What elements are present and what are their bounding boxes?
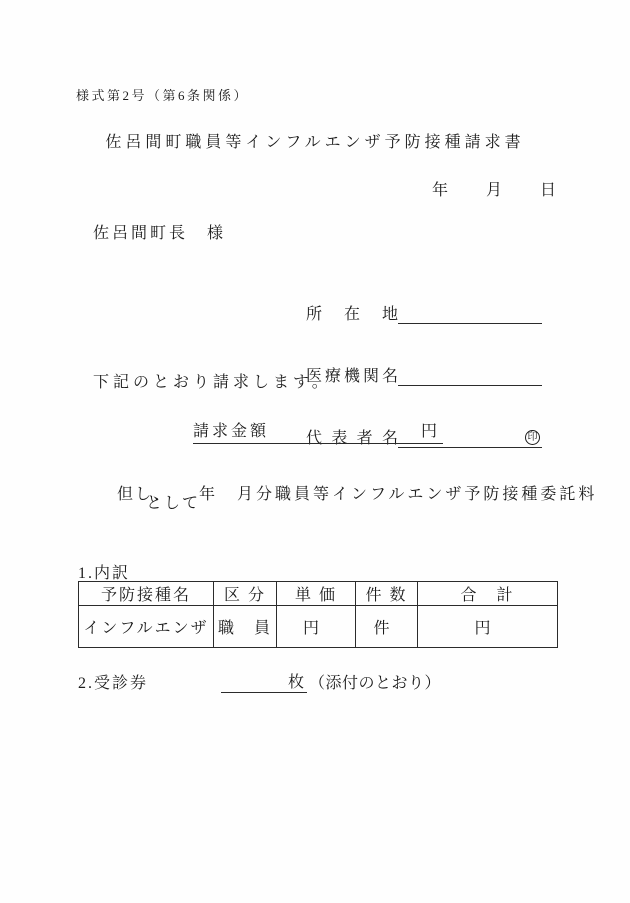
form-number: 様式第2号（第6条関係）: [76, 85, 249, 104]
address-fill-line: [398, 298, 542, 324]
breakdown-table: 予防接種名 区 分 単 価 件 数 合 計 インフルエンザ 職 員 円 件 円: [78, 581, 558, 648]
address-label: 所在地: [306, 306, 398, 324]
breakdown-heading: 1.内訳: [78, 560, 130, 583]
cell-unit-price: 円: [277, 606, 356, 648]
header-unit-price: 単 価: [277, 582, 356, 606]
cell-category: 職 員: [214, 606, 277, 648]
header-vaccine-name: 予防接種名: [79, 582, 214, 606]
voucher-count-fill-line: 枚: [221, 673, 307, 693]
cell-count: 件: [356, 606, 418, 648]
addressee: 佐呂間町長 様: [93, 220, 226, 243]
proviso-continuation: として: [146, 490, 200, 513]
table-header-row: 予防接種名 区 分 単 価 件 数 合 計: [79, 582, 558, 606]
request-form-page: 様式第2号（第6条関係） 佐呂間町職員等インフルエンザ予防接種請求書 年 月 日…: [0, 0, 630, 903]
cell-total: 円: [418, 606, 558, 648]
amount-line: 請求金額 円: [193, 418, 443, 444]
seal-mark-icon: 印: [525, 430, 540, 445]
institution-fill-line: [398, 360, 542, 386]
proviso-year-unit: 年: [199, 486, 217, 503]
cell-vaccine-name: インフルエンザ: [79, 606, 214, 648]
date-line: 年 月 日: [432, 177, 558, 200]
header-total: 合 計: [418, 582, 558, 606]
proviso-tail: 月分職員等インフルエンザ予防接種委託料: [237, 486, 597, 503]
institution-row: 医療機関名: [306, 360, 542, 386]
table-row: インフルエンザ 職 員 円 件 円: [79, 606, 558, 648]
voucher-heading: 2.受診券: [78, 674, 148, 693]
amount-unit: 円: [421, 418, 443, 441]
header-category: 区 分: [214, 582, 277, 606]
amount-label: 請求金額: [193, 418, 269, 441]
applicant-block: 所在地 医療機関名 代表者名 印: [306, 262, 542, 484]
header-count: 件 数: [356, 582, 418, 606]
voucher-note: （添付のとおり）: [309, 674, 441, 693]
request-statement: 下記のとおり請求します。: [93, 369, 332, 392]
page-title: 佐呂間町職員等インフルエンザ予防接種請求書: [0, 129, 630, 152]
address-row: 所在地: [306, 298, 542, 324]
voucher-line: 2.受診券 枚 （添付のとおり）: [78, 671, 441, 693]
